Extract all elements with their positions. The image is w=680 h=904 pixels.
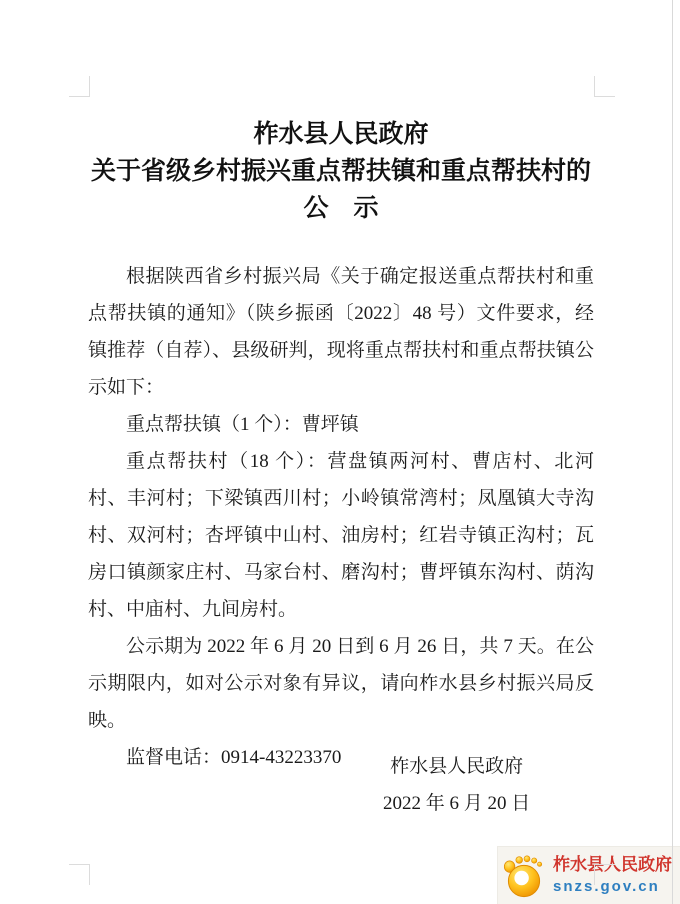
site-org-name: 柞水县人民政府 bbox=[553, 855, 677, 875]
document-page: 柞水县人民政府 关于省级乡村振兴重点帮扶镇和重点帮扶村的 公 示 根据陕西省乡村… bbox=[88, 116, 594, 776]
page: { "doc": { "title_lines": { "line1": "柞水… bbox=[0, 0, 680, 904]
title-line-subject: 关于省级乡村振兴重点帮扶镇和重点帮扶村的 bbox=[88, 153, 594, 190]
title-line-notice: 公 示 bbox=[88, 190, 594, 227]
paragraph-key-town: 重点帮扶镇（1 个）：曹坪镇 bbox=[88, 406, 594, 443]
crop-mark-bottom-right bbox=[594, 864, 615, 885]
footprint-icon bbox=[500, 851, 548, 899]
site-url: snzs.gov.cn bbox=[553, 877, 677, 897]
site-watermark: 柞水县人民政府 snzs.gov.cn bbox=[497, 846, 680, 904]
title-line-issuer: 柞水县人民政府 bbox=[88, 116, 594, 153]
crop-mark-top-right bbox=[594, 76, 615, 97]
signature-date: 2022 年 6 月 20 日 bbox=[383, 785, 530, 822]
paragraph-basis: 根据陕西省乡村振兴局《关于确定报送重点帮扶村和重点帮扶镇的通知》（陕乡振函〔20… bbox=[88, 258, 594, 406]
crop-mark-top-left bbox=[69, 76, 90, 97]
signature-block: 柞水县人民政府 2022 年 6 月 20 日 bbox=[383, 748, 530, 822]
paragraph-key-villages: 重点帮扶村（18 个）：营盘镇两河村、曹店村、北河村、丰河村；下梁镇西川村；小岭… bbox=[88, 443, 594, 628]
document-title: 柞水县人民政府 关于省级乡村振兴重点帮扶镇和重点帮扶村的 公 示 bbox=[88, 116, 594, 227]
paragraph-notice-period: 公示期为 2022 年 6 月 20 日到 6 月 26 日，共 7 天。在公示… bbox=[88, 628, 594, 739]
site-watermark-text: 柞水县人民政府 snzs.gov.cn bbox=[553, 855, 677, 897]
signature-org: 柞水县人民政府 bbox=[383, 748, 530, 785]
document-body: 根据陕西省乡村振兴局《关于确定报送重点帮扶村和重点帮扶镇的通知》（陕乡振函〔20… bbox=[88, 258, 594, 776]
crop-mark-bottom-left bbox=[69, 864, 90, 885]
page-edge-line bbox=[672, 0, 673, 904]
